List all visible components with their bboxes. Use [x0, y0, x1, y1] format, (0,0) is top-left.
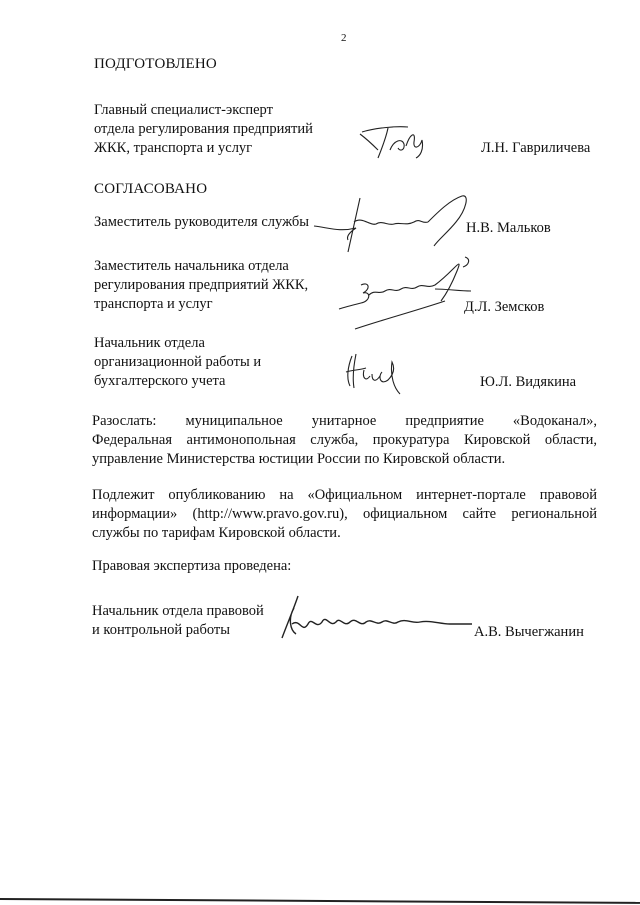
signature-zemskov: [335, 255, 495, 340]
prepared-name: Л.Н. Гавриличева: [481, 140, 590, 157]
signatory-2-name: Д.Л. Земсков: [464, 299, 544, 316]
signature-vychegzhanin: [272, 594, 482, 649]
title-line: Начальник отдела: [94, 334, 261, 353]
prepared-heading: ПОДГОТОВЛЕНО: [94, 56, 217, 73]
title-line: транспорта и услуг: [94, 295, 308, 314]
title-line: Начальник отдела правовой: [92, 602, 264, 621]
title-line: отдела регулирования предприятий: [94, 120, 313, 139]
legal-review-statement: Правовая экспертиза проведена:: [92, 558, 291, 575]
publication-line: Подлежит опубликованию на «Официальном и…: [92, 486, 597, 505]
title-line: бухгалтерского учета: [94, 372, 261, 391]
signature-gavrilicheva: [360, 120, 460, 165]
publication-line: информации» (http://www.pravo.gov.ru), о…: [92, 505, 597, 524]
page-bottom-edge: [0, 898, 640, 904]
publication-line: службы по тарифам Кировской области.: [92, 524, 597, 543]
title-line: и контрольной работы: [92, 621, 264, 640]
title-line: Заместитель руководителя службы: [94, 213, 309, 232]
title-line: ЖКК, транспорта и услуг: [94, 139, 313, 158]
signatory-3-title: Начальник отдела организационной работы …: [94, 334, 261, 391]
title-line: регулирования предприятий ЖКК,: [94, 276, 308, 295]
publication-paragraph: Подлежит опубликованию на «Официальном и…: [92, 486, 597, 543]
distribution-line: управление Министерства юстиции России п…: [92, 450, 597, 469]
signatory-3-name: Ю.Л. Видякина: [480, 374, 576, 391]
title-line: Главный специалист-эксперт: [94, 101, 313, 120]
title-line: организационной работы и: [94, 353, 261, 372]
prepared-title: Главный специалист-эксперт отдела регули…: [94, 101, 313, 158]
page-number: 2: [341, 32, 347, 44]
signatory-1-title: Заместитель руководителя службы: [94, 213, 309, 232]
legal-review-name: А.В. Вычегжанин: [474, 624, 584, 641]
agreed-heading: СОГЛАСОВАНО: [94, 181, 207, 198]
title-line: Заместитель начальника отдела: [94, 257, 308, 276]
signature-vidyakina: [342, 352, 412, 402]
signatory-2-title: Заместитель начальника отдела регулирова…: [94, 257, 308, 314]
distribution-paragraph: Разослать: муниципальное унитарное предп…: [92, 412, 597, 469]
legal-review-title: Начальник отдела правовой и контрольной …: [92, 602, 264, 640]
signatory-1-name: Н.В. Мальков: [466, 220, 551, 237]
distribution-line: Разослать: муниципальное унитарное предп…: [92, 412, 597, 431]
distribution-line: Федеральная антимонопольная служба, прок…: [92, 431, 597, 450]
